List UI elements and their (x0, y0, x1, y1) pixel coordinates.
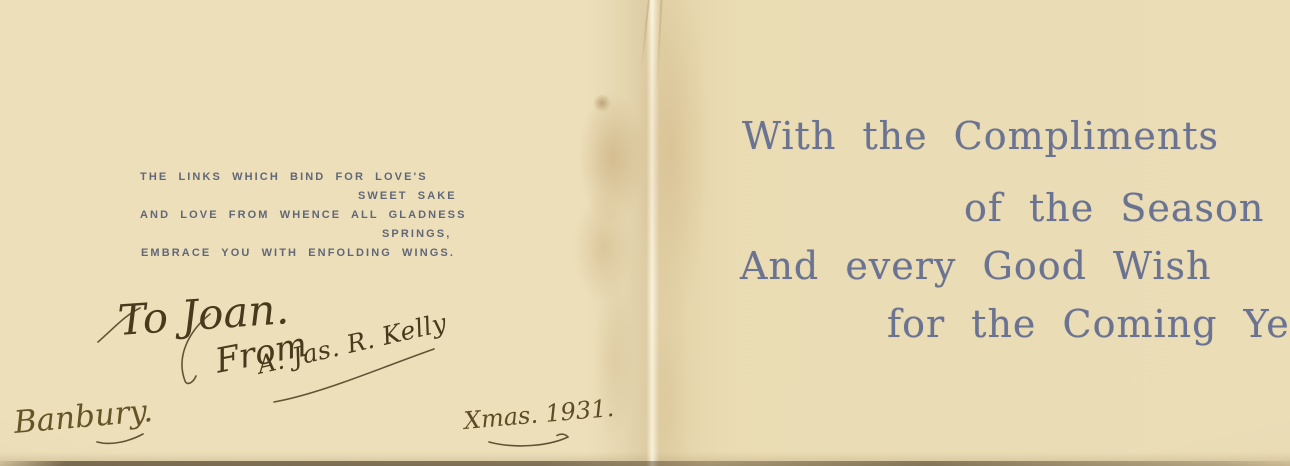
card-bottom-edge (0, 461, 1290, 466)
card-right-page: With the Compliments of the Season And e… (0, 0, 1290, 466)
printed-greeting-line: And every Good Wish (740, 246, 1212, 288)
printed-greeting-line: for the Coming Year (887, 304, 1290, 346)
printed-greeting-line: With the Compliments (742, 116, 1219, 158)
printed-greeting-line: of the Season (964, 188, 1264, 230)
christmas-card-scan: THE LINKS WHICH BIND FOR LOVE'S SWEET SA… (0, 0, 1290, 466)
